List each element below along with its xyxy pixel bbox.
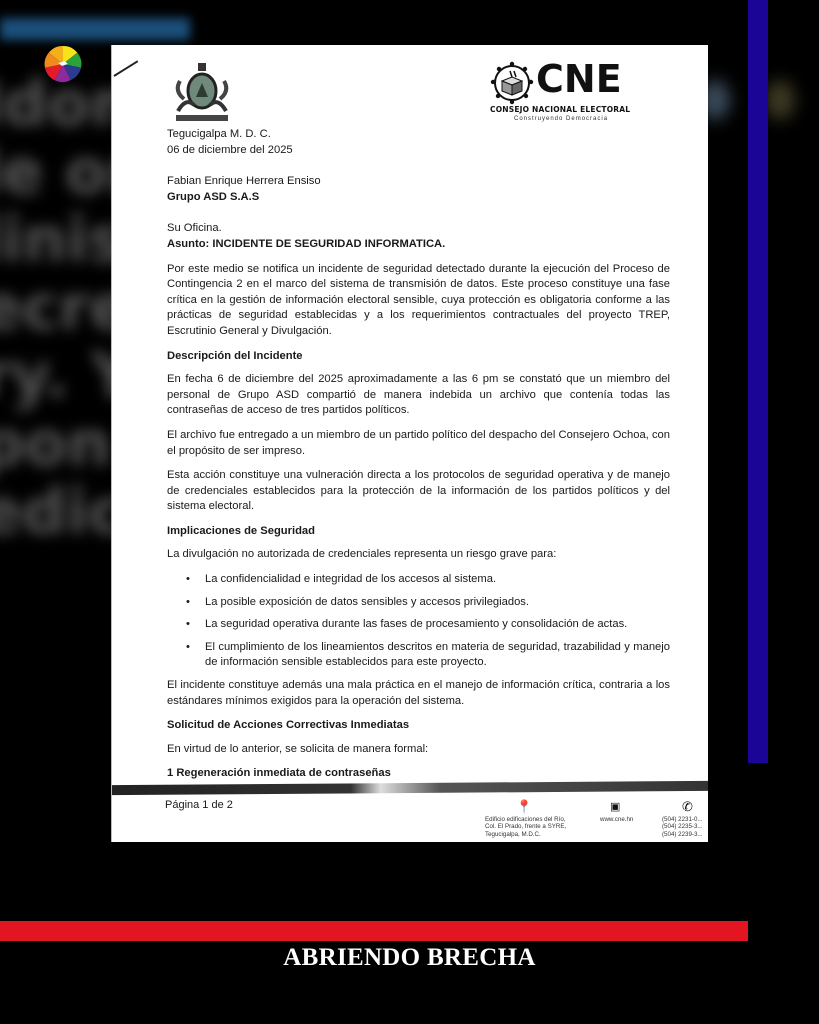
intro-paragraph: Por este medio se notifica un incidente … — [167, 262, 670, 340]
org-tagline: Construyendo Democracia — [514, 116, 608, 122]
cne-acronym: CNE — [536, 57, 622, 101]
description-paragraph-2: El archivo fue entregado a un miembro de… — [167, 428, 670, 459]
web-icon: ▣ — [610, 800, 620, 813]
corrective-action-item-1: 1 Regeneración inmediata de contraseñas — [167, 766, 670, 782]
footer-website: www.cne.hn — [600, 816, 633, 823]
camera-aperture-logo-icon — [44, 45, 82, 83]
list-item: La confidencialidad e integridad de los … — [186, 572, 670, 588]
phone-icon: ✆ — [682, 799, 693, 815]
implications-closing: El incidente constituye además una mala … — [167, 678, 670, 709]
footer-phones: (504) 2231-0... (504) 2235-3... (504) 22… — [662, 816, 703, 838]
org-name: CONSEJO NACIONAL ELECTORAL — [490, 105, 650, 114]
letter-subject: Asunto: INCIDENTE DE SEGURIDAD INFORMATI… — [167, 237, 670, 253]
letter-body: Tegucigalpa M. D. C. 06 de diciembre del… — [167, 127, 670, 790]
description-paragraph-3: Esta acción constituye una vulneración d… — [167, 468, 670, 515]
footer-address: Edificio edificaciones del Río, Col. El … — [485, 816, 575, 838]
list-item: La seguridad operativa durante las fases… — [186, 617, 670, 633]
description-paragraph-1: En fecha 6 de diciembre del 2025 aproxim… — [167, 372, 670, 419]
salutation: Su Oficina. — [167, 221, 670, 237]
page-number: Página 1 de 2 — [165, 799, 233, 811]
implications-list: La confidencialidad e integridad de los … — [186, 572, 670, 671]
recipient-name: Fabian Enrique Herrera Ensiso — [167, 174, 670, 190]
recipient-company: Grupo ASD S.A.S — [167, 190, 670, 206]
coat-of-arms-icon — [172, 61, 232, 123]
corrective-actions-intro: En virtud de lo anterior, se solicita de… — [167, 742, 670, 758]
letter-place: Tegucigalpa M. D. C. — [167, 127, 670, 143]
ballot-box-icon — [490, 61, 534, 105]
blue-accent-bar — [748, 0, 768, 763]
list-item: La posible exposición de datos sensibles… — [186, 595, 670, 611]
location-pin-icon: 📍 — [516, 799, 532, 815]
section-heading-description: Descripción del Incidente — [167, 349, 670, 365]
letter-date: 06 de diciembre del 2025 — [167, 143, 670, 159]
implications-intro: La divulgación no autorizada de credenci… — [167, 547, 670, 563]
blurred-banner-bar — [0, 18, 190, 40]
cne-logo: CNE CONSEJO NACIONAL ELECTORAL Construye… — [488, 61, 648, 127]
section-heading-implications: Implicaciones de Seguridad — [167, 524, 670, 540]
red-accent-bar — [0, 921, 748, 941]
list-item: El cumplimiento de los lineamientos desc… — [186, 640, 670, 671]
pen-mark — [113, 60, 138, 77]
section-heading-corrective-actions: Solicitud de Acciones Correctivas Inmedi… — [167, 718, 670, 734]
brand-name: ABRIENDO BRECHA — [0, 944, 819, 972]
letter-document: CNE CONSEJO NACIONAL ELECTORAL Construye… — [111, 45, 708, 842]
